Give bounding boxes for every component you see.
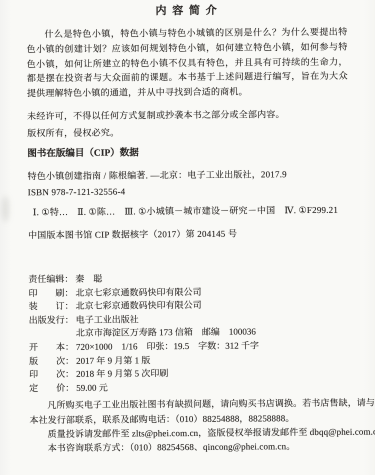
pub-value: 2017 年 9 月第 1 版 [76, 355, 150, 366]
footer-note-line-4: 本书咨询联系方式：（010）88254568、qincong@phei.com.… [30, 439, 351, 456]
pub-label: 定 价： [29, 382, 76, 396]
pub-value: 2018 年 9 月第 5 次印刷 [76, 368, 168, 379]
pub-value: 北京七彩京通数码快印有限公司 [76, 300, 202, 311]
section-title: 内 容 简 介 [26, 4, 347, 19]
pub-value: 59.00 元 [76, 382, 108, 392]
pub-value: 秦 聪 [75, 274, 102, 284]
copyright-notice-line-2: 版权所有，侵权必究。 [27, 123, 348, 143]
cip-isbn: ISBN 978-7-121-32556-4 [28, 184, 349, 200]
pub-label: 装 订： [29, 300, 76, 314]
pub-value: 720×1000 1/16 印张：19.5 字数：312 千字 [76, 340, 259, 351]
cip-record-number: 中国版本图书馆 CIP 数据核字（2017）第 204145 号 [28, 227, 349, 243]
book-copyright-page: 内 容 简 介 什么是特色小镇，特色小镇与特色小城镇的区别是什么？为什么要提出特… [0, 0, 375, 475]
pub-value: 电子工业出版社 [76, 314, 139, 324]
pub-value: 北京七彩京通数码快印有限公司 [75, 286, 201, 297]
page-content: 内 容 简 介 什么是特色小镇，特色小镇与特色小城镇的区别是什么？为什么要提出特… [0, 0, 375, 456]
pub-row-price: 定 价：59.00 元 [29, 379, 350, 395]
publication-info: 责任编辑：秦 聪 印 刷：北京七彩京通数码快印有限公司 装 订：北京七彩京通数码… [28, 271, 350, 396]
copyright-notice: 未经许可，不得以任何方式复制或抄袭本书之部分或全部内容。 版权所有，侵权必究。 [27, 106, 348, 144]
cip-title-line: 特色小镇创建指南 / 陈根编著. —北京：电子工业出版社，2017.9 [28, 168, 349, 184]
footer-note-line-1: 凡所购买电子工业出版社图书有缺损问题，请向购买书店调换。若书店售缺，请与 [29, 396, 350, 413]
pub-label: 责任编辑： [28, 273, 75, 287]
pub-label: 出版发行： [29, 314, 76, 328]
pub-label: 印 刷： [28, 286, 75, 300]
content-summary-paragraph: 什么是特色小镇，特色小镇与特色小城镇的区别是什么？为什么要提出特色小镇的创建计划… [26, 25, 348, 102]
pub-label: 版 次： [29, 354, 76, 368]
pub-label: 开 本： [29, 341, 76, 355]
publisher-contact-notes: 凡所购买电子工业出版社图书有缺损问题，请向购买书店调换。若书店售缺，请与 本社发… [29, 396, 350, 456]
cip-heading: 图书在版编目（CIP）数据 [27, 146, 348, 162]
cip-classification: Ⅰ. ①特… Ⅱ. ①陈… Ⅲ. ①小城镇－城市建设－研究－中国 Ⅳ. ①F29… [28, 204, 349, 220]
pub-value: 北京市海淀区万寿路 173 信箱 邮编 100036 [76, 327, 256, 338]
footer-note-line-3: 质量投诉请发邮件至 zlts@phei.com.cn，盗版侵权举报请发邮件至 d… [30, 425, 351, 442]
pub-label: 印 次： [29, 368, 76, 382]
